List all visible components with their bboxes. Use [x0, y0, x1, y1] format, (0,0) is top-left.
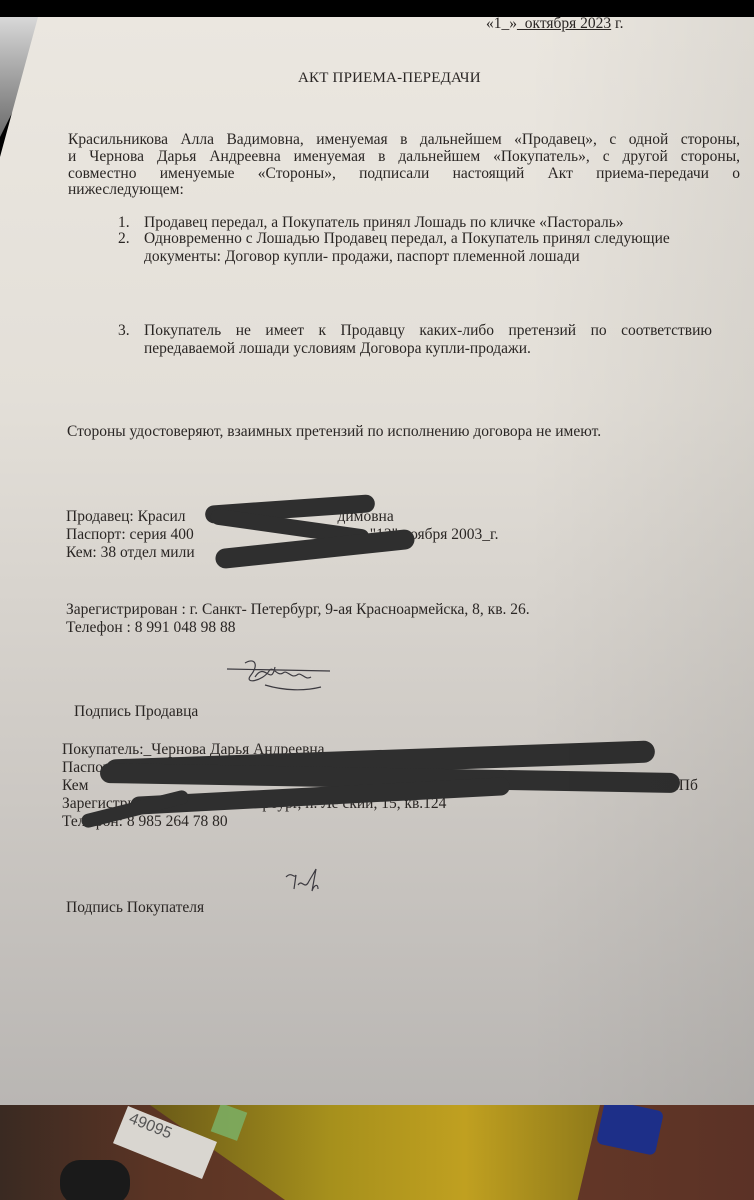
seller-name-start: Продавец: Красил	[66, 508, 185, 525]
blue-object	[596, 1099, 664, 1155]
seller-registered: Зарегистрирован : г. Санкт- Петербург, 9…	[66, 601, 530, 618]
list-number: 3.	[118, 322, 144, 339]
list-item-3-cont: передаваемой лошади условиям Договора ку…	[144, 340, 531, 357]
date-day: «1_»	[486, 15, 517, 32]
list-item-2: 2.Одновременно с Лошадью Продавец переда…	[118, 230, 670, 247]
date-month-year: _октября 2023	[517, 15, 611, 32]
closing-statement: Стороны удостоверяют, взаимных претензий…	[67, 423, 601, 440]
top-black-bar	[0, 0, 754, 17]
list-number: 2.	[118, 230, 144, 247]
intro-line: совместно именуемые «Стороны», подписали…	[68, 165, 740, 182]
document-date: «1_»_октября 2023 г.	[486, 15, 624, 32]
buyer-issued-start: Кем	[62, 777, 88, 794]
desk-background: 49095	[0, 1105, 754, 1200]
list-text: Одновременно с Лошадью Продавец передал,…	[144, 230, 670, 247]
buyer-signature-icon	[284, 867, 334, 897]
list-text: Продавец передал, а Покупатель принял Ло…	[144, 214, 624, 231]
list-item-2-cont: документы: Договор купли- продажи, паспо…	[144, 248, 580, 265]
seller-signature-label: Подпись Продавца	[74, 703, 198, 720]
seller-phone: Телефон : 8 991 048 98 88	[66, 619, 235, 636]
seller-signature-icon	[225, 657, 335, 697]
dark-object	[60, 1160, 130, 1200]
list-item-3: 3.Покупатель не имеет к Продавцу каких-л…	[118, 322, 712, 339]
buyer-signature-label: Подпись Покупателя	[66, 899, 204, 916]
list-number: 1.	[118, 214, 144, 231]
document-page: «1_»_октября 2023 г. АКТ ПРИЕМА-ПЕРЕДАЧИ…	[0, 17, 754, 1105]
intro-line: Красильникова Алла Вадимовна, именуемая …	[68, 131, 740, 148]
seller-issued-by: Кем: 38 отдел мили	[66, 544, 195, 561]
date-suffix: г.	[611, 15, 623, 32]
seller-passport-start: Паспорт: серия 400	[66, 526, 194, 543]
list-text: Покупатель не имеет к Продавцу каких-либ…	[144, 322, 712, 339]
intro-line: нижеследующем:	[68, 181, 740, 198]
document-title: АКТ ПРИЕМА-ПЕРЕДАЧИ	[298, 70, 481, 87]
intro-line: и Чернова Дарья Андреевна именуемая в да…	[68, 148, 740, 165]
list-item-1: 1.Продавец передал, а Покупатель принял …	[118, 214, 624, 231]
